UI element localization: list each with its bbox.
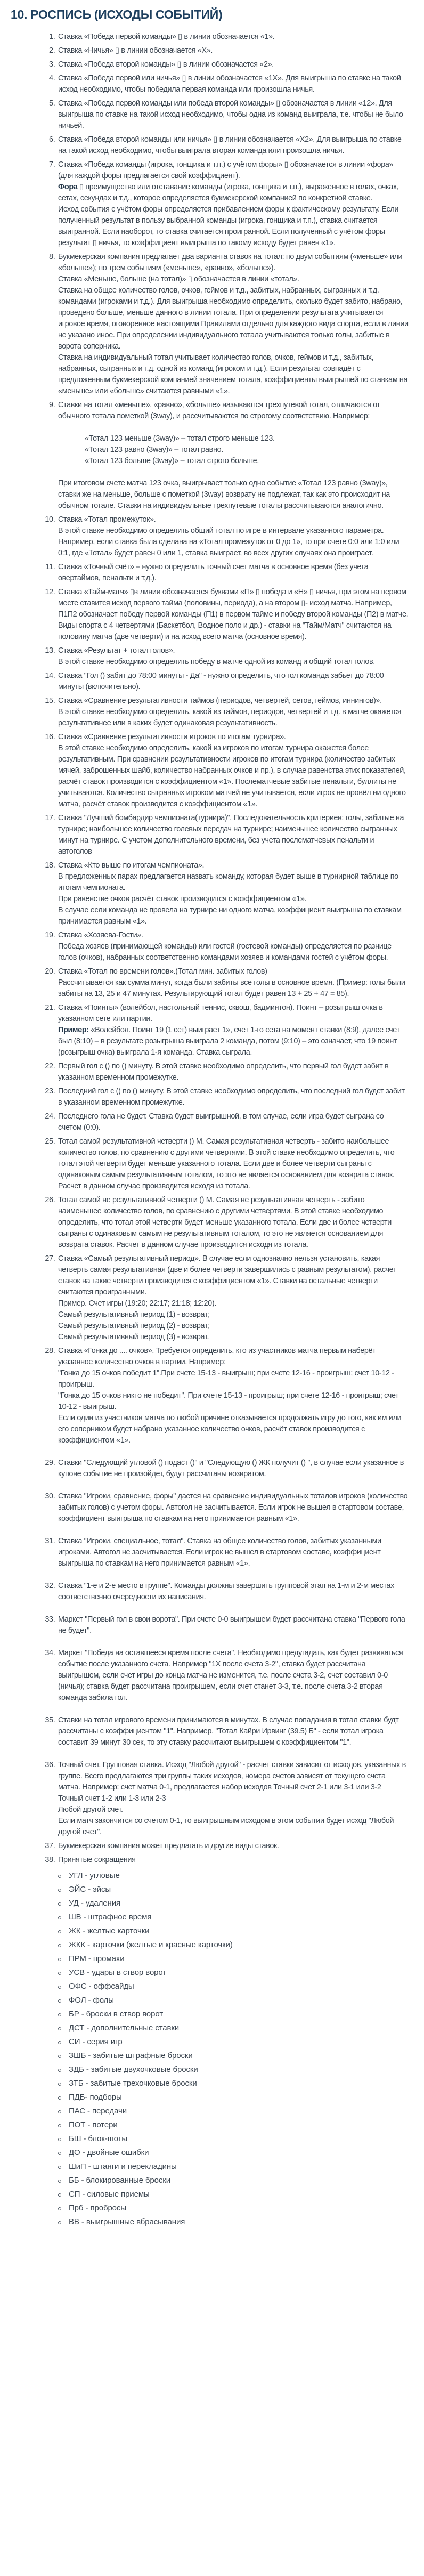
abbreviation-item: ШиП - штанги и перекладины xyxy=(58,2160,409,2174)
rule-text: Любой другой счет. xyxy=(58,1805,123,1814)
rule-text: Ставка «Гонка до .... очков». Требуется … xyxy=(58,1347,376,1366)
rule-text: Ставка "Игроки, специальное, тотал". Ста… xyxy=(58,1537,381,1568)
abbreviation-item: ВВ - выигрышные вбрасывания xyxy=(58,2215,409,2229)
rule-item: Ставка "Игроки, специальное, тотал". Ста… xyxy=(57,1536,409,1569)
rule-text: Ставка «Победа первой команды» ▯ в линии… xyxy=(58,33,274,41)
rule-item: Ставка "Лучший бомбардир чемпионата(турн… xyxy=(57,813,409,857)
rule-paragraph: Исход события с учётом форы определяется… xyxy=(58,204,409,249)
rule-paragraph: Ставка «Ничья» ▯ в линии обозначается «Х… xyxy=(58,45,409,56)
rule-item: Последний гол с () по () минуту. В этой … xyxy=(57,1086,409,1108)
abbreviation-item: УГЛ - угловые xyxy=(58,1869,409,1883)
rule-paragraph: Ставка "1-е и 2-е место в группе". Коман… xyxy=(58,1581,409,1603)
rule-paragraph: Ставка «Сравнение результативности игрок… xyxy=(58,732,409,743)
abbreviation-item: ПРМ - промахи xyxy=(58,1952,409,1966)
rule-paragraph: Ставка «Сравнение результативности таймо… xyxy=(58,695,409,707)
abbreviation-item: ДО - двойные ошибки xyxy=(58,2146,409,2160)
rule-paragraph: Рассчитывается как сумма минут, когда бы… xyxy=(58,977,409,1000)
abbreviation-item: ББ - блокированные броски xyxy=(58,2174,409,2188)
abbreviation-item: ДСТ - дополнительные ставки xyxy=(58,2021,409,2035)
rule-text: Принятые сокращения xyxy=(58,1856,136,1864)
rule-paragraph: Ставка на индивидуальный тотал учитывает… xyxy=(58,352,409,397)
rule-item: Ставка «Точный счёт» – нужно определить … xyxy=(57,562,409,584)
abbreviation-item: ПАС - передачи xyxy=(58,2104,409,2118)
abbreviation-item: СП - силовые приемы xyxy=(58,2188,409,2201)
rule-text: Рассчитывается как сумма минут, когда бы… xyxy=(58,978,405,998)
rule-paragraph: Ставка «Гонка до .... очков». Требуется … xyxy=(58,1346,409,1368)
rule-paragraph: Точный счет. Групповая ставка. Исход "Лю… xyxy=(58,1760,409,1793)
rule-paragraph: Маркет "Первый гол в свои ворота". При с… xyxy=(58,1614,409,1637)
rule-text: При равенстве очков расчёт ставок произв… xyxy=(58,895,306,903)
rule-paragraph: Ставка «Тотал по времени голов».(Тотал м… xyxy=(58,966,409,977)
example-line: «Тотал 123 меньше (3way)» – тотал строго… xyxy=(85,433,409,444)
rule-paragraph: Ставка «Победа первой или ничья» ▯ в лин… xyxy=(58,73,409,95)
rule-item: Ставка «Победа второй команды» ▯ в линии… xyxy=(57,59,409,70)
rule-item: Букмекерская компания может предлагать и… xyxy=(57,1841,409,1852)
rule-item: Ставка "Гол () забит до 78:00 минуты - Д… xyxy=(57,670,409,693)
rule-text: Букмекерская компания может предлагать и… xyxy=(58,1842,279,1850)
rule-text: Ставки на тотал игрового времени принима… xyxy=(58,1716,398,1747)
rule-text: Последний гол с () по () минуту. В этой … xyxy=(58,1087,405,1107)
rule-text: "Гонка до 15 очков победит 1".При счете … xyxy=(58,1369,394,1389)
rule-text: Ставка "Лучший бомбардир чемпионата(турн… xyxy=(58,814,404,856)
example-line: «Тотал 123 больше (3way)» – тотал строго… xyxy=(85,456,409,467)
rule-text: Ставка "Гол () забит до 78:00 минуты - Д… xyxy=(58,671,384,691)
rule-paragraph: В этой ставке необходимо определить побе… xyxy=(58,657,409,668)
rule-paragraph: Ставка «Победа команды (игрока, гонщика … xyxy=(58,159,409,182)
rule-item: Ставка «Тайм-матч» ▯в линии обозначается… xyxy=(57,587,409,643)
rule-item: Последнего гола не будет. Ставка будет в… xyxy=(57,1111,409,1133)
rule-text: Последнего гола не будет. Ставка будет в… xyxy=(58,1112,384,1132)
rule-text: Ставка «Ничья» ▯ в линии обозначается «Х… xyxy=(58,46,213,55)
rule-item: Маркет "Победа на оставшееся время после… xyxy=(57,1648,409,1704)
rule-text: Ставка на общее количество голов, очков,… xyxy=(58,286,409,351)
rule-item: Ставка «Поинты» (волейбол, настольный те… xyxy=(57,1002,409,1058)
rule-paragraph: Тотал самой не результативной четверти (… xyxy=(58,1195,409,1251)
rule-paragraph: Букмекерская компания предлагает два вар… xyxy=(58,252,409,274)
rule-text: В этой ставке необходимо определить, как… xyxy=(58,708,401,727)
rule-item: Принятые сокращенияУГЛ - угловыеЭЙС - эй… xyxy=(57,1854,409,2229)
rule-item: Маркет "Первый гол в свои ворота". При с… xyxy=(57,1614,409,1637)
rule-text: Виды спорта с 4 четвертями (Баскетбол, В… xyxy=(58,621,392,641)
abbreviation-item: ЗШБ - забитые штрафные броски xyxy=(58,2049,409,2063)
rule-text: Ставка «Победа команды (игрока, гонщика … xyxy=(58,160,393,180)
rule-text: Ставка «Победа второй команды или ничья»… xyxy=(58,135,402,155)
rule-item: Ставка «Победа команды (игрока, гонщика … xyxy=(57,159,409,249)
rule-paragraph: Виды спорта с 4 четвертями (Баскетбол, В… xyxy=(58,620,409,643)
rule-paragraph: Первый гол с () по () минуту. В этой ста… xyxy=(58,1061,409,1083)
document-page: 10. РОСПИСЬ (ИСХОДЫ СОБЫТИЙ) Ставка «Поб… xyxy=(0,0,424,2253)
rule-paragraph: Ставка «Тайм-матч» ▯в линии обозначается… xyxy=(58,587,409,620)
abbreviation-item: ЖКК - карточки (желтые и красные карточк… xyxy=(58,1938,409,1952)
term-label: Пример: xyxy=(58,1026,89,1034)
rule-paragraph: Принятые сокращения xyxy=(58,1854,409,1866)
rule-paragraph: Ставка «Победа второй команды или ничья»… xyxy=(58,134,409,157)
rule-text: Ставка «Победа первой команды или победа… xyxy=(58,99,403,130)
rule-text: Самый результативный период (3) - возвра… xyxy=(58,1333,209,1341)
rule-paragraph: В этой ставке необходимо определить, как… xyxy=(58,743,409,810)
rule-paragraph: Маркет "Победа на оставшееся время после… xyxy=(58,1648,409,1704)
rule-item: Ставка «Тотал по времени голов».(Тотал м… xyxy=(57,966,409,1000)
rule-paragraph: Букмекерская компания может предлагать и… xyxy=(58,1841,409,1852)
rule-paragraph: Если матч закончится со счетом 0-1, то в… xyxy=(58,1816,409,1838)
page-title: 10. РОСПИСЬ (ИСХОДЫ СОБЫТИЙ) xyxy=(11,7,409,22)
rule-paragraph: Ставка «Хозяева-Гости». xyxy=(58,930,409,941)
abbreviation-item: ФОЛ - фолы xyxy=(58,1994,409,2007)
rule-item: Ставка «Кто выше по итогам чемпионата».В… xyxy=(57,860,409,927)
abbreviation-item: ЗДБ - забитые двухочковые броски xyxy=(58,2063,409,2077)
rule-text: Если один из участников матча по любой п… xyxy=(58,1414,401,1445)
rule-item: Ставка «Победа первой команды» ▯ в линии… xyxy=(57,31,409,43)
rule-text: Тотал самой результативной четверти () М… xyxy=(58,1137,395,1190)
rule-text: Ставки "Следующий угловой () подаст ()" … xyxy=(58,1459,404,1478)
abbreviation-item: ПДБ- подборы xyxy=(58,2091,409,2104)
rule-text: Ставка «Тотал по времени голов».(Тотал м… xyxy=(58,967,267,976)
rule-text: Исход события с учётом форы определяется… xyxy=(58,205,398,247)
rule-text: Ставка «Тайм-матч» ▯в линии обозначается… xyxy=(58,588,408,619)
rule-paragraph: Последнего гола не будет. Ставка будет в… xyxy=(58,1111,409,1133)
rule-text: В предложенных парах предлагается назват… xyxy=(58,872,398,892)
abbreviation-item: ОФС - оффсайды xyxy=(58,1980,409,1994)
rule-paragraph: Ставка «Победа первой команды» ▯ в линии… xyxy=(58,31,409,43)
rule-paragraph: Фора ▯ преимущество или отставание коман… xyxy=(58,182,409,204)
examples-block: «Тотал 123 меньше (3way)» – тотал строго… xyxy=(58,422,409,478)
rule-paragraph: Победа хозяев (принимающей команды) или … xyxy=(58,941,409,963)
rule-paragraph: Ставка "Игроки, сравнение, форы" дается … xyxy=(58,1491,409,1525)
example-line: «Тотал 123 равно (3way)» – тотал равно. xyxy=(85,444,409,456)
rule-paragraph: Пример: «Волейбол. Поинт 19 (1 сет) выиг… xyxy=(58,1025,409,1058)
rule-item: Ставка «Сравнение результативности игрок… xyxy=(57,732,409,810)
term-label: Фора xyxy=(58,183,77,191)
rule-paragraph: Ставка "Лучший бомбардир чемпионата(турн… xyxy=(58,813,409,857)
rule-item: Ставка «Самый результативный период». В … xyxy=(57,1253,409,1343)
rule-paragraph: Ставки на тотал «меньше», «равно», «боль… xyxy=(58,400,409,422)
rule-text: Маркет "Победа на оставшееся время после… xyxy=(58,1649,403,1702)
rule-item: Ставки "Следующий угловой () подаст ()" … xyxy=(57,1457,409,1480)
rule-text: Ставка «Хозяева-Гости». xyxy=(58,931,143,939)
rule-item: Ставка «Ничья» ▯ в линии обозначается «Х… xyxy=(57,45,409,56)
rule-text: Ставка "Игроки, сравнение, форы" дается … xyxy=(58,1492,407,1523)
rule-text: Самый результативный период (1) - возвра… xyxy=(58,1310,210,1319)
rule-item: Ставка "Игроки, сравнение, форы" дается … xyxy=(57,1491,409,1525)
rule-item: Ставка "1-е и 2-е место в группе". Коман… xyxy=(57,1581,409,1603)
abbreviation-item: БР - броски в створ ворот xyxy=(58,2007,409,2021)
rule-item: Первый гол с () по () минуту. В этой ста… xyxy=(57,1061,409,1083)
rule-text: Ставки на тотал «меньше», «равно», «боль… xyxy=(58,401,380,420)
rule-text: Ставка "1-е и 2-е место в группе". Коман… xyxy=(58,1582,394,1601)
rule-text: Ставка «Кто выше по итогам чемпионата». xyxy=(58,861,204,870)
rule-item: Ставка «Сравнение результативности таймо… xyxy=(57,695,409,729)
rule-paragraph: "Гонка до 15 очков победит 1".При счете … xyxy=(58,1368,409,1390)
rule-text: Тотал самой не результативной четверти (… xyxy=(58,1196,392,1249)
rule-paragraph: Ставки "Следующий угловой () подаст ()" … xyxy=(58,1457,409,1480)
rule-text: Ставка «Меньше, больше (на тотал)» ▯ обо… xyxy=(58,275,299,283)
rule-item: Ставка «Хозяева-Гости».Победа хозяев (пр… xyxy=(57,930,409,963)
rule-text: «Волейбол. Поинт 19 (1 сет) выиграет 1»,… xyxy=(58,1026,400,1057)
rule-item: Ставки на тотал игрового времени принима… xyxy=(57,1715,409,1748)
abbreviation-item: ШВ - штрафное время xyxy=(58,1910,409,1924)
rule-paragraph: Ставка «Результат + тотал голов». xyxy=(58,645,409,657)
abbreviation-item: ЗТБ - забитые трехочковые броски xyxy=(58,2077,409,2091)
rule-paragraph: Ставка «Победа первой команды или победа… xyxy=(58,98,409,132)
rule-paragraph: Ставка «Поинты» (волейбол, настольный те… xyxy=(58,1002,409,1025)
rule-text: "Гонка до 15 очков никто не победит". Пр… xyxy=(58,1391,398,1411)
rule-paragraph: Любой другой счет. xyxy=(58,1804,409,1816)
rule-item: Ставка «Тотал промежуток».В этой ставке … xyxy=(57,514,409,559)
rule-item: Букмекерская компания предлагает два вар… xyxy=(57,252,409,397)
rule-text: Ставка на индивидуальный тотал учитывает… xyxy=(58,353,407,395)
abbreviation-item: УСВ - удары в створ ворот xyxy=(58,1966,409,1980)
rule-item: Точный счет. Групповая ставка. Исход "Лю… xyxy=(57,1760,409,1838)
rule-paragraph: Ставка «Точный счёт» – нужно определить … xyxy=(58,562,409,584)
abbreviation-item: ПОТ - потери xyxy=(58,2118,409,2132)
abbreviation-item: ЭЙС - эйсы xyxy=(58,1883,409,1897)
rule-item: Ставка «Победа второй команды или ничья»… xyxy=(57,134,409,157)
abbreviation-item: БШ - блок-шоты xyxy=(58,2132,409,2146)
rule-paragraph: Ставки на тотал игрового времени принима… xyxy=(58,1715,409,1748)
rule-paragraph: Ставка «Тотал промежуток». xyxy=(58,514,409,525)
rule-paragraph: "Гонка до 15 очков никто не победит". Пр… xyxy=(58,1390,409,1413)
rule-text: В этой ставке необходимо определить побе… xyxy=(58,658,375,666)
rule-paragraph: В этой ставке необходимо определить, как… xyxy=(58,707,409,729)
rule-text: ▯ преимущество или отставание команды (и… xyxy=(58,183,398,202)
abbreviation-item: ЖК - желтые карточки xyxy=(58,1924,409,1938)
rule-paragraph: Если один из участников матча по любой п… xyxy=(58,1413,409,1446)
rule-paragraph: Тотал самой результативной четверти () М… xyxy=(58,1136,409,1192)
rule-paragraph: Последний гол с () по () минуту. В этой … xyxy=(58,1086,409,1108)
rule-paragraph: Самый результативный период (1) - возвра… xyxy=(58,1309,409,1321)
rule-text: Ставка «Сравнение результативности таймо… xyxy=(58,696,382,705)
rule-text: Ставка «Поинты» (волейбол, настольный те… xyxy=(58,1003,383,1023)
rule-item: Ставка «Результат + тотал голов».В этой … xyxy=(57,645,409,668)
abbreviation-item: Прб - пробросы xyxy=(58,2201,409,2215)
rule-item: Ставки на тотал «меньше», «равно», «боль… xyxy=(57,400,409,512)
rule-text: Ставка «Самый результативный период». В … xyxy=(58,1254,396,1297)
rule-paragraph: Самый результативный период (2) - возвра… xyxy=(58,1321,409,1332)
rule-text: Ставка «Тотал промежуток». xyxy=(58,515,156,524)
rule-text: Ставка «Сравнение результативности игрок… xyxy=(58,733,286,741)
rule-paragraph: Точный счет 1-2 или 1-3 или 2-3 xyxy=(58,1793,409,1804)
rule-paragraph: Ставка «Победа второй команды» ▯ в линии… xyxy=(58,59,409,70)
rule-item: Ставка «Победа первой команды или победа… xyxy=(57,98,409,132)
rule-text: Букмекерская компания предлагает два вар… xyxy=(58,253,402,272)
rule-paragraph: Пример. Счет игры (19:20; 22:17; 21:18; … xyxy=(58,1298,409,1309)
rule-paragraph: Ставка "Игроки, специальное, тотал". Ста… xyxy=(58,1536,409,1569)
rule-paragraph: Ставка «Самый результативный период». В … xyxy=(58,1253,409,1298)
rule-paragraph: Ставка «Меньше, больше (на тотал)» ▯ обо… xyxy=(58,274,409,285)
rule-text: Точный счет. Групповая ставка. Исход "Лю… xyxy=(58,1761,406,1792)
rules-list: Ставка «Победа первой команды» ▯ в линии… xyxy=(11,31,409,2229)
rule-paragraph: В случае если команда не провела на турн… xyxy=(58,905,409,927)
rule-text: Ставка «Результат + тотал голов». xyxy=(58,646,175,655)
rule-paragraph: Ставка на общее количество голов, очков,… xyxy=(58,285,409,352)
rule-paragraph: Ставка "Гол () забит до 78:00 минуты - Д… xyxy=(58,670,409,693)
rule-text: В случае если команда не провела на турн… xyxy=(58,906,402,926)
rule-item: Ставка «Гонка до .... очков». Требуется … xyxy=(57,1346,409,1446)
rule-text: Пример. Счет игры (19:20; 22:17; 21:18; … xyxy=(58,1299,216,1308)
rule-text: Точный счет 1-2 или 1-3 или 2-3 xyxy=(58,1794,166,1803)
rule-item: Ставка «Победа первой или ничья» ▯ в лин… xyxy=(57,73,409,95)
rule-text: Если матч закончится со счетом 0-1, то в… xyxy=(58,1817,394,1836)
rule-item: Тотал самой не результативной четверти (… xyxy=(57,1195,409,1251)
abbreviations-list: УГЛ - угловыеЭЙС - эйсыУД - удаленияШВ -… xyxy=(58,1869,409,2229)
abbreviation-item: СИ - серия игр xyxy=(58,2035,409,2049)
rule-text: В этой ставке необходимо определить, как… xyxy=(58,744,406,808)
rule-paragraph: При равенстве очков расчёт ставок произв… xyxy=(58,894,409,905)
rule-item: Тотал самой результативной четверти () М… xyxy=(57,1136,409,1192)
rule-text: Маркет "Первый гол в свои ворота". При с… xyxy=(58,1615,405,1635)
rule-paragraph: Ставка «Кто выше по итогам чемпионата». xyxy=(58,860,409,871)
rule-text: Самый результативный период (2) - возвра… xyxy=(58,1322,210,1330)
rule-paragraph: В предложенных парах предлагается назват… xyxy=(58,871,409,894)
abbreviation-item: УД - удаления xyxy=(58,1897,409,1910)
rule-text: Ставка «Победа первой или ничья» ▯ в лин… xyxy=(58,74,401,94)
rule-text: В этой ставке необходимо определить общи… xyxy=(58,526,399,557)
rule-paragraph: Самый результативный период (3) - возвра… xyxy=(58,1332,409,1343)
rule-text: Победа хозяев (принимающей команды) или … xyxy=(58,942,392,962)
rule-text: Ставка «Точный счёт» – нужно определить … xyxy=(58,563,368,582)
rule-text: Первый гол с () по () минуту. В этой ста… xyxy=(58,1062,388,1082)
rule-paragraph: При итоговом счете матча 123 очка, выигр… xyxy=(58,478,409,512)
rule-text: Ставка «Победа второй команды» ▯ в линии… xyxy=(58,60,274,69)
rule-paragraph: В этой ставке необходимо определить общи… xyxy=(58,525,409,559)
